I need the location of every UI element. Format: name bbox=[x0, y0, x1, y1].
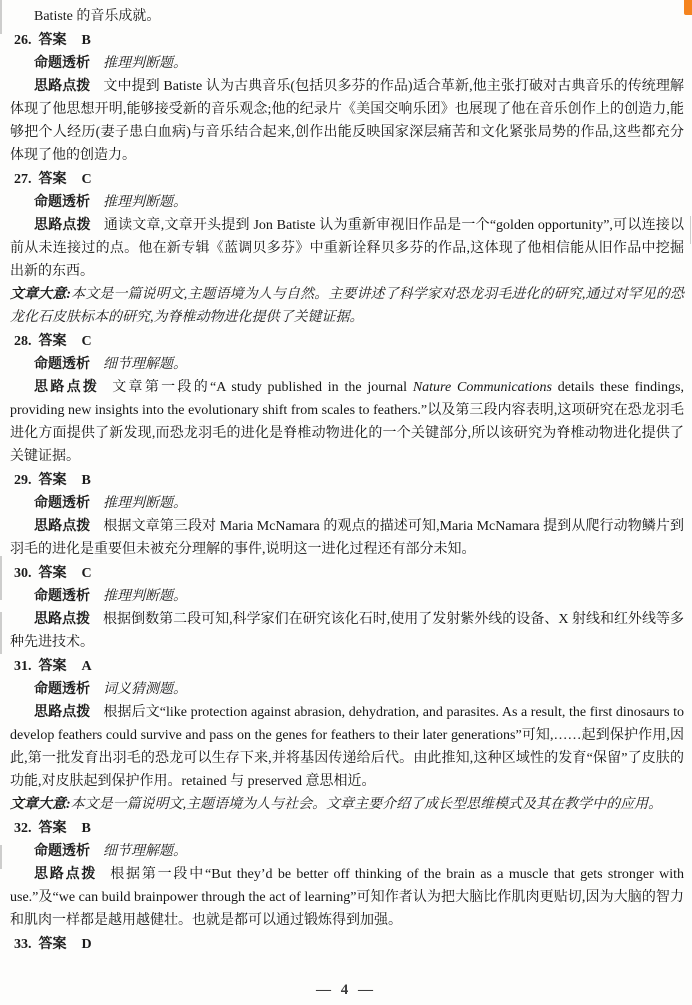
answer-line: 33.答案D bbox=[10, 933, 684, 956]
question-number: 30. bbox=[14, 566, 32, 581]
answer-letter: B bbox=[82, 473, 92, 488]
answer-label: 答案 bbox=[39, 659, 67, 674]
tips-label: 思路点拨 bbox=[34, 612, 90, 627]
tips-text: 通读文章,文章开头提到 Jon Batiste 认为重新审视旧作品是一个“gol… bbox=[10, 218, 684, 279]
analysis-line: 命题透析词义猜测题。 bbox=[10, 678, 684, 701]
answer-letter: D bbox=[82, 937, 93, 952]
answer-label: 答案 bbox=[39, 566, 67, 581]
question-number: 26. bbox=[14, 33, 32, 48]
answer-key-content: Batiste 的音乐成就。26.答案B命题透析推理判断题。思路点拨文中提到 B… bbox=[0, 0, 692, 956]
question-number: 31. bbox=[14, 659, 32, 674]
tips-paragraph: 思路点拨根据第一段中“But they’d be better off thin… bbox=[10, 863, 684, 932]
analysis-label: 命题透析 bbox=[34, 56, 90, 71]
answer-label: 答案 bbox=[39, 172, 67, 187]
tips-text: 根据第一段中“But they’d be better off thinking… bbox=[10, 867, 684, 928]
analysis-text: 词义猜测题。 bbox=[103, 682, 187, 697]
answer-letter: A bbox=[82, 659, 93, 674]
analysis-line: 命题透析推理判断题。 bbox=[10, 585, 684, 608]
tips-paragraph: 思路点拨文章第一段的“A study published in the jour… bbox=[10, 376, 684, 468]
analysis-label: 命题透析 bbox=[34, 357, 90, 372]
tips-paragraph: 思路点拨根据倒数第二段可知,科学家们在研究该化石时,使用了发射紫外线的设备、X … bbox=[10, 608, 684, 654]
answer-letter: C bbox=[82, 566, 93, 581]
analysis-label: 命题透析 bbox=[34, 589, 90, 604]
question-block: 28.答案C命题透析细节理解题。思路点拨文章第一段的“A study publi… bbox=[10, 330, 684, 468]
analysis-text: 细节理解题。 bbox=[103, 844, 187, 859]
answer-line: 26.答案B bbox=[10, 29, 684, 52]
tips-paragraph: 思路点拨根据文章第三段对 Maria McNamara 的观点的描述可知,Mar… bbox=[10, 515, 684, 561]
question-number: 27. bbox=[14, 172, 32, 187]
scan-artifact bbox=[0, 556, 2, 600]
analysis-text: 细节理解题。 bbox=[103, 357, 187, 372]
scan-artifact bbox=[0, 845, 2, 869]
answer-label: 答案 bbox=[39, 334, 67, 349]
analysis-line: 命题透析推理判断题。 bbox=[10, 492, 684, 515]
answer-label: 答案 bbox=[39, 473, 67, 488]
passage-summary: 文章大意:本文是一篇说明文,主题语境为人与自然。主要讲述了科学家对恐龙羽毛进化的… bbox=[10, 283, 684, 329]
analysis-label: 命题透析 bbox=[34, 844, 90, 859]
answer-line: 28.答案C bbox=[10, 330, 684, 353]
analysis-text: 推理判断题。 bbox=[103, 195, 187, 210]
answer-line: 32.答案B bbox=[10, 817, 684, 840]
tips-paragraph: 思路点拨通读文章,文章开头提到 Jon Batiste 认为重新审视旧作品是一个… bbox=[10, 214, 684, 283]
answer-label: 答案 bbox=[39, 33, 67, 48]
answer-line: 30.答案C bbox=[10, 562, 684, 585]
tips-text: 文章第一段的“A study published in the journal bbox=[112, 380, 413, 395]
tips-label: 思路点拨 bbox=[34, 380, 99, 395]
tips-label: 思路点拨 bbox=[34, 218, 91, 233]
summary-text: 本文是一篇说明文,主题语境为人与自然。主要讲述了科学家对恐龙羽毛进化的研究,通过… bbox=[10, 287, 684, 325]
summary-text: 本文是一篇说明文,主题语境为人与社会。文章主要介绍了成长型思维模式及其在教学中的… bbox=[71, 797, 663, 812]
analysis-line: 命题透析细节理解题。 bbox=[10, 353, 684, 376]
analysis-label: 命题透析 bbox=[34, 682, 90, 697]
tips-text: Nature Communications bbox=[413, 380, 552, 395]
tips-label: 思路点拨 bbox=[34, 79, 90, 94]
page-footer: — 4 — bbox=[0, 979, 692, 1002]
answer-letter: C bbox=[82, 172, 93, 187]
tips-label: 思路点拨 bbox=[34, 519, 90, 534]
analysis-line: 命题透析推理判断题。 bbox=[10, 52, 684, 75]
answer-label: 答案 bbox=[39, 937, 67, 952]
question-block: 33.答案D bbox=[10, 933, 684, 956]
continuation-line: Batiste 的音乐成就。 bbox=[10, 5, 684, 28]
corner-tab bbox=[684, 0, 692, 15]
analysis-text: 推理判断题。 bbox=[103, 589, 187, 604]
tips-label: 思路点拨 bbox=[34, 867, 97, 882]
summary-label: 文章大意: bbox=[10, 287, 71, 302]
question-block: 31.答案A命题透析词义猜测题。思路点拨根据后文“like protection… bbox=[10, 655, 684, 793]
answer-label: 答案 bbox=[39, 821, 67, 836]
answer-line: 31.答案A bbox=[10, 655, 684, 678]
tips-paragraph: 思路点拨文中提到 Batiste 认为古典音乐(包括贝多芬的作品)适合革新,他主… bbox=[10, 75, 684, 167]
question-block: 29.答案B命题透析推理判断题。思路点拨根据文章第三段对 Maria McNam… bbox=[10, 469, 684, 561]
tips-text: 根据倒数第二段可知,科学家们在研究该化石时,使用了发射紫外线的设备、X 射线和红… bbox=[10, 612, 684, 650]
tips-text: 根据后文“like protection against abrasion, d… bbox=[10, 705, 684, 789]
analysis-label: 命题透析 bbox=[34, 496, 90, 511]
question-block: 30.答案C命题透析推理判断题。思路点拨根据倒数第二段可知,科学家们在研究该化石… bbox=[10, 562, 684, 654]
answer-letter: B bbox=[82, 33, 92, 48]
question-block: 27.答案C命题透析推理判断题。思路点拨通读文章,文章开头提到 Jon Bati… bbox=[10, 168, 684, 283]
question-block: 32.答案B命题透析细节理解题。思路点拨根据第一段中“But they’d be… bbox=[10, 817, 684, 932]
tips-label: 思路点拨 bbox=[34, 705, 90, 720]
scan-artifact bbox=[0, 0, 2, 34]
question-number: 28. bbox=[14, 334, 32, 349]
analysis-line: 命题透析推理判断题。 bbox=[10, 191, 684, 214]
answer-line: 29.答案B bbox=[10, 469, 684, 492]
question-block: 26.答案B命题透析推理判断题。思路点拨文中提到 Batiste 认为古典音乐(… bbox=[10, 29, 684, 167]
answer-letter: C bbox=[82, 334, 93, 349]
summary-label: 文章大意: bbox=[10, 797, 71, 812]
question-number: 32. bbox=[14, 821, 32, 836]
question-number: 29. bbox=[14, 473, 32, 488]
analysis-text: 推理判断题。 bbox=[103, 56, 187, 71]
tips-text: 文中提到 Batiste 认为古典音乐(包括贝多芬的作品)适合革新,他主张打破对… bbox=[10, 79, 684, 163]
question-number: 33. bbox=[14, 937, 32, 952]
page-number: — 4 — bbox=[316, 982, 376, 998]
answer-line: 27.答案C bbox=[10, 168, 684, 191]
analysis-label: 命题透析 bbox=[34, 195, 90, 210]
tips-paragraph: 思路点拨根据后文“like protection against abrasio… bbox=[10, 701, 684, 793]
tips-text: 根据文章第三段对 Maria McNamara 的观点的描述可知,Maria M… bbox=[10, 519, 684, 557]
analysis-line: 命题透析细节理解题。 bbox=[10, 840, 684, 863]
answer-letter: B bbox=[82, 821, 92, 836]
scan-artifact bbox=[0, 612, 2, 654]
scan-artifact bbox=[690, 216, 691, 244]
passage-summary: 文章大意:本文是一篇说明文,主题语境为人与社会。文章主要介绍了成长型思维模式及其… bbox=[10, 793, 684, 816]
analysis-text: 推理判断题。 bbox=[103, 496, 187, 511]
document-page: Batiste 的音乐成就。26.答案B命题透析推理判断题。思路点拨文中提到 B… bbox=[0, 0, 692, 956]
